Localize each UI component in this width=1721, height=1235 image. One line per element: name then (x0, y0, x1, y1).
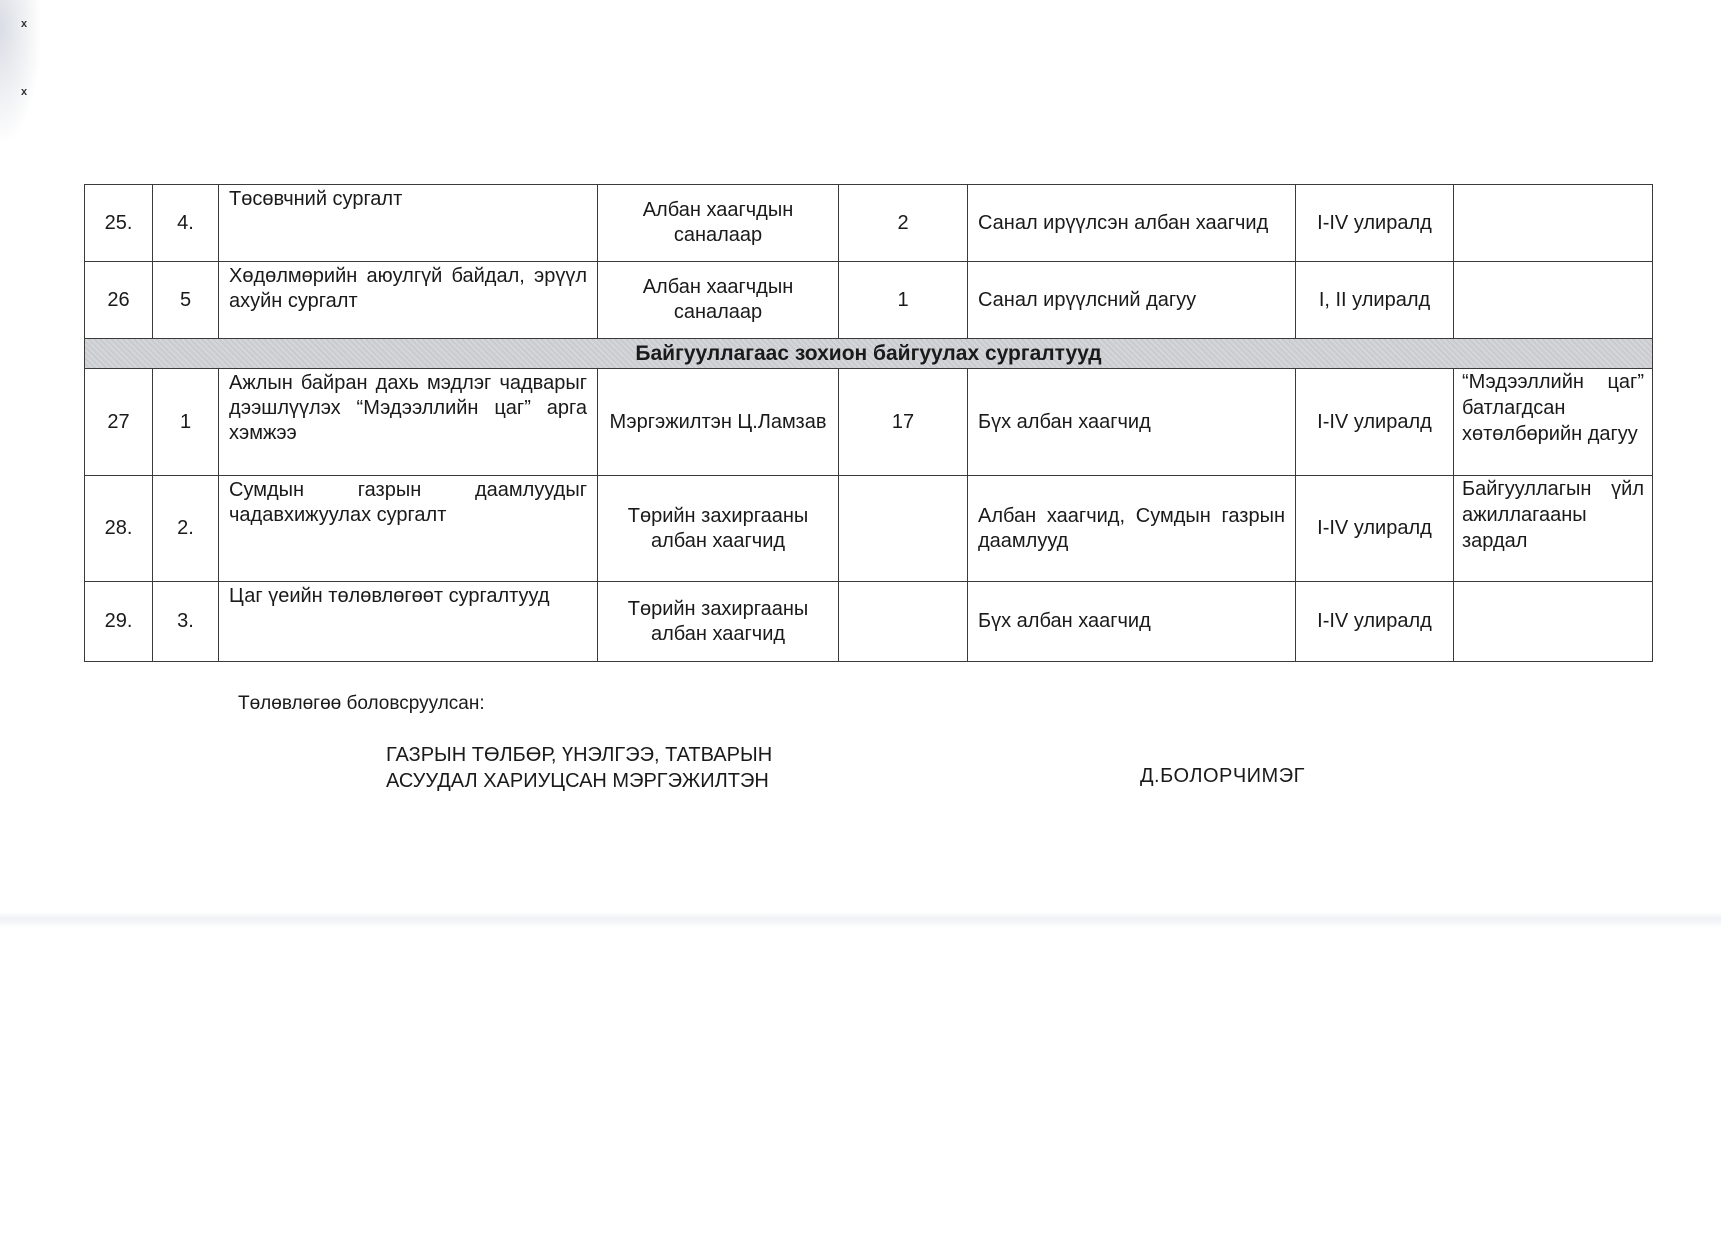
training-name: Хөдөлмөрийн аюулгүй байдал, эрүүл ахуйн … (219, 262, 598, 339)
participant-count: 1 (839, 262, 968, 339)
scan-shadow (0, 0, 40, 140)
note (1454, 262, 1653, 339)
target-group: Бүх албан хаагчид (968, 369, 1296, 476)
organizer: Төрийн захиргааны албан хаагчид (598, 476, 839, 582)
target-group: Албан хаагчид, Сумдын газрын даамлууд (968, 476, 1296, 582)
note (1454, 185, 1653, 262)
section-header-row: Байгууллагаас зохион байгуулах сургалтуу… (85, 339, 1653, 369)
training-name: Цаг үеийн төлөвлөгөөт сургалтууд (219, 582, 598, 662)
table-row: 28. 2. Сумдын газрын даамлуудыг чадавхиж… (85, 476, 1653, 582)
scan-mark: x (21, 86, 27, 98)
note: “Мэдээллийн цаг” батлагдсан хөтөлбөрийн … (1454, 369, 1653, 476)
row-sub-number: 2. (153, 476, 219, 582)
organizer: Мэргэжилтэн Ц.Ламзав (598, 369, 839, 476)
participant-count: 2 (839, 185, 968, 262)
period: I-IV улиралд (1296, 185, 1454, 262)
row-sub-number: 3. (153, 582, 219, 662)
signatory-position: ГАЗРЫН ТӨЛБӨР, ҮНЭЛГЭЭ, ТАТВАРЫН АСУУДАЛ… (386, 742, 772, 794)
organizer: Төрийн захиргааны албан хаагчид (598, 582, 839, 662)
row-sub-number: 4. (153, 185, 219, 262)
training-plan-table: 25. 4. Төсөвчний сургалт Албан хаагчдын … (84, 184, 1653, 662)
scan-mark: x (21, 18, 27, 30)
row-sub-number: 1 (153, 369, 219, 476)
period: I-IV улиралд (1296, 369, 1454, 476)
training-name: Төсөвчний сургалт (219, 185, 598, 262)
scan-band (0, 912, 1721, 928)
signatory-position-line1: ГАЗРЫН ТӨЛБӨР, ҮНЭЛГЭЭ, ТАТВАРЫН (386, 742, 772, 768)
note: Байгууллагын үйл ажиллагааны зардал (1454, 476, 1653, 582)
period: I-IV улиралд (1296, 582, 1454, 662)
table-row: 26 5 Хөдөлмөрийн аюулгүй байдал, эрүүл а… (85, 262, 1653, 339)
table-row: 29. 3. Цаг үеийн төлөвлөгөөт сургалтууд … (85, 582, 1653, 662)
target-group: Санал ирүүлсэн албан хаагчид (968, 185, 1296, 262)
signatory-name: Д.БОЛОРЧИМЭГ (1140, 765, 1305, 788)
training-name: Сумдын газрын даамлуудыг чадавхижуулах с… (219, 476, 598, 582)
section-title: Байгууллагаас зохион байгуулах сургалтуу… (85, 339, 1653, 369)
period: I-IV улиралд (1296, 476, 1454, 582)
table-row: 25. 4. Төсөвчний сургалт Албан хаагчдын … (85, 185, 1653, 262)
table-row: 27 1 Ажлын байран дахь мэдлэг чадварыг д… (85, 369, 1653, 476)
period: I, II улиралд (1296, 262, 1454, 339)
signatory-position-line2: АСУУДАЛ ХАРИУЦСАН МЭРГЭЖИЛТЭН (386, 768, 772, 794)
note (1454, 582, 1653, 662)
participant-count (839, 582, 968, 662)
target-group: Бүх албан хаагчид (968, 582, 1296, 662)
row-number: 29. (85, 582, 153, 662)
target-group: Санал ирүүлсний дагуу (968, 262, 1296, 339)
row-number: 28. (85, 476, 153, 582)
participant-count: 17 (839, 369, 968, 476)
participant-count (839, 476, 968, 582)
training-name: Ажлын байран дахь мэдлэг чадварыг дээшлү… (219, 369, 598, 476)
row-number: 27 (85, 369, 153, 476)
row-number: 25. (85, 185, 153, 262)
signature-title: Төлөвлөгөө боловсруулсан: (238, 693, 485, 715)
organizer: Албан хаагчдын саналаар (598, 262, 839, 339)
row-sub-number: 5 (153, 262, 219, 339)
row-number: 26 (85, 262, 153, 339)
organizer: Албан хаагчдын саналаар (598, 185, 839, 262)
